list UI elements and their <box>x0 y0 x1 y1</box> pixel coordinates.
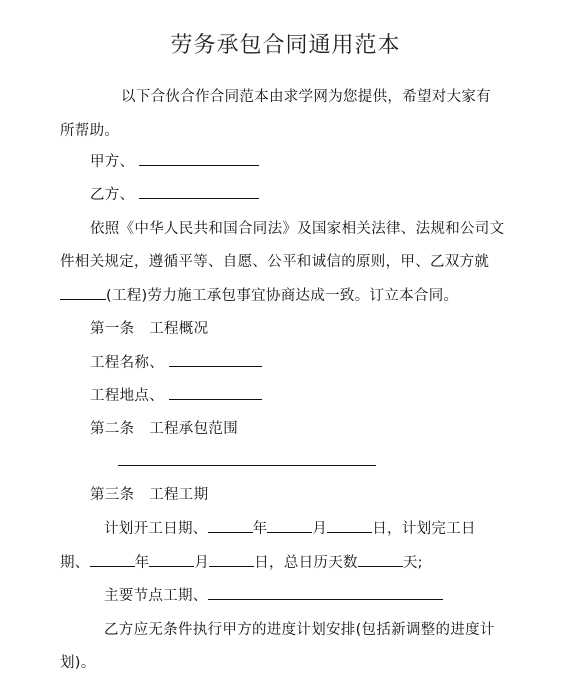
total-days-label: 日，总日历天数 <box>254 555 358 571</box>
para1-line-2: 件相关规定，遵循平等、自愿、公平和诚信的原则，甲、乙双方就 <box>60 253 489 271</box>
para1-line-1: 依照《中华人民共和国合同法》及国家相关法律、法规和公司文 <box>90 220 504 238</box>
party-a-blank <box>139 153 259 166</box>
project-name-line: 工程名称、 <box>90 354 262 372</box>
year-label: 年 <box>253 521 268 537</box>
start-year-blank <box>208 520 253 533</box>
para1-line-3: (工程)劳力施工承包事宜协商达成一致。订立本合同。 <box>60 287 458 305</box>
days-unit-label: 天; <box>403 555 423 571</box>
para2-line-1: 乙方应无条件执行甲方的进度计划安排(包括新调整的进度计 <box>104 621 495 639</box>
month-label: 月 <box>194 555 209 571</box>
para2-line-2: 划)。 <box>60 654 96 672</box>
scope-line <box>118 453 376 471</box>
total-days-blank <box>358 554 403 567</box>
project-location-blank <box>169 387 262 400</box>
milestone-line: 主要节点工期、 <box>104 587 443 605</box>
project-blank <box>60 287 106 300</box>
party-b-blank <box>139 186 259 199</box>
article-2-heading: 第二条 工程承包范围 <box>90 420 238 438</box>
intro-line-1: 以下合伙合作合同范本由求学网为您提供，希望对大家有 <box>121 88 491 106</box>
end-month-blank <box>149 554 194 567</box>
start-date-label: 计划开工日期、 <box>104 521 208 537</box>
project-location-line: 工程地点、 <box>90 387 262 405</box>
schedule-line-1: 计划开工日期、年月日，计划完工日 <box>104 520 476 538</box>
end-day-blank <box>209 554 254 567</box>
start-day-blank <box>327 520 372 533</box>
intro-line-2: 所帮助。 <box>60 122 119 140</box>
scope-blank <box>118 453 376 466</box>
schedule-line-2: 期、年月日，总日历天数天; <box>60 554 423 572</box>
article-1-heading: 第一条 工程概况 <box>90 320 208 338</box>
start-month-blank <box>267 520 312 533</box>
project-name-blank <box>169 354 262 367</box>
day-label: 日，计划完工日 <box>372 521 476 537</box>
party-b-label: 乙方、 <box>90 187 134 203</box>
party-a-label: 甲方、 <box>90 154 134 170</box>
milestone-blank <box>208 587 443 600</box>
month-label: 月 <box>312 521 327 537</box>
milestone-label: 主要节点工期、 <box>104 588 208 604</box>
project-name-label: 工程名称、 <box>90 355 164 371</box>
para1-line-3-text: (工程)劳力施工承包事宜协商达成一致。订立本合同。 <box>106 288 458 304</box>
end-date-prefix: 期、 <box>60 555 90 571</box>
party-a-line: 甲方、 <box>90 153 259 171</box>
document-title: 劳务承包合同通用范本 <box>0 28 571 59</box>
year-label: 年 <box>135 555 150 571</box>
article-3-heading: 第三条 工程工期 <box>90 486 208 504</box>
project-location-label: 工程地点、 <box>90 388 164 404</box>
party-b-line: 乙方、 <box>90 186 259 204</box>
end-year-blank <box>90 554 135 567</box>
